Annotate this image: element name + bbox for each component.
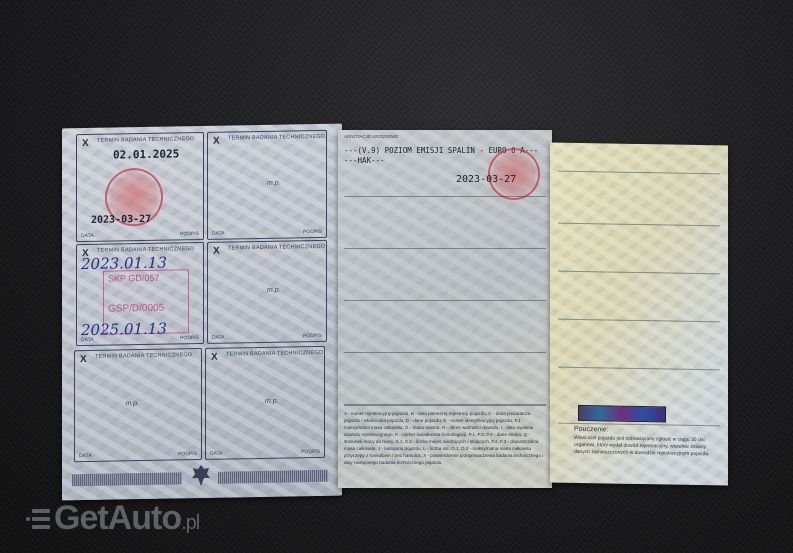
watermark-brand: GetAuto	[54, 499, 181, 537]
right-page: Pouczenie: Właściciel pojazdu jest zobow…	[550, 142, 728, 485]
data-label: DATA	[212, 231, 225, 237]
inspection-box-1: X TERMIN BADANIA TECHNICZNEGO 02.01.2025…	[76, 132, 204, 242]
x-mark: X	[82, 138, 89, 149]
annotation-stamp-date: 2023-03-27	[456, 174, 516, 185]
hologram-security-strip	[578, 405, 666, 423]
annotations-header: ADNOTACJE URZĘDOWE	[344, 134, 398, 139]
watermark-suffix: .pl	[181, 512, 199, 534]
notice-title: Pouczenie:	[574, 426, 609, 434]
box-title: TERMIN BADANIA TECHNICZNEGO	[95, 352, 192, 360]
inspection-box-6: X TERMIN BADANIA TECHNICZNEGO m.p. DATA …	[205, 346, 325, 460]
inspection-box-4: X TERMIN BADANIA TECHNICZNEGO m.p. DATA …	[207, 240, 327, 344]
left-page: X TERMIN BADANIA TECHNICZNEGO 02.01.2025…	[62, 124, 342, 501]
notice-text: Właściciel pojazdu jest zobowiązany zgło…	[574, 435, 722, 459]
podpis-label: PODPIS	[303, 333, 322, 339]
next-inspection-date: 02.01.2025	[113, 147, 179, 161]
data-label: DATA	[79, 453, 92, 459]
podpis-label: PODPIS	[180, 335, 199, 341]
station-code: SKP GD/057	[108, 273, 159, 284]
inspection-box-2: X TERMIN BADANIA TECHNICZNEGO m.p. DATA …	[207, 130, 327, 240]
data-label: DATA	[81, 337, 94, 343]
diagnostician-code: GSP/D/0005	[108, 303, 164, 315]
stamp-date: 2023-03-27	[91, 214, 151, 226]
field-legend: A - numer rejestracyjny pojazdu, B - dat…	[344, 410, 544, 466]
registration-document: X TERMIN BADANIA TECHNICZNEGO 02.01.2025…	[62, 122, 730, 500]
mp-label: m.p.	[267, 179, 281, 186]
podpis-label: PODPIS	[178, 451, 197, 457]
mp-label: m.p.	[125, 400, 139, 407]
data-label: DATA	[210, 451, 223, 457]
box-title: TERMIN BADANIA TECHNICZNEGO	[228, 134, 325, 142]
security-banner-left	[72, 472, 182, 486]
getauto-logo-icon	[26, 507, 50, 531]
tow-hook-annotation: ---HAK---	[344, 156, 385, 165]
polish-eagle-emblem-icon	[190, 462, 212, 488]
podpis-label: PODPIS	[301, 449, 320, 455]
inspection-box-5: X TERMIN BADANIA TECHNICZNEGO m.p. DATA …	[74, 348, 202, 462]
mp-label: m.p.	[267, 287, 281, 294]
inspection-box-3: X TERMIN BADANIA TECHNICZNEGO 2023.01.13…	[76, 242, 204, 346]
data-label: DATA	[212, 335, 225, 341]
box-title: TERMIN BADANIA TECHNICZNEGO	[97, 246, 194, 254]
watermark-text: GetAuto.pl	[54, 499, 199, 538]
box-title: TERMIN BADANIA TECHNICZNEGO	[228, 244, 325, 252]
box-title: TERMIN BADANIA TECHNICZNEGO	[97, 136, 194, 144]
x-mark: X	[213, 136, 220, 147]
mp-label: m.p.	[265, 397, 279, 404]
podpis-label: PODPIS	[180, 231, 199, 237]
box-title: TERMIN BADANIA TECHNICZNEGO	[226, 350, 323, 358]
middle-page: ADNOTACJE URZĘDOWE ---(V.9) POZIOM EMISJ…	[338, 130, 552, 488]
security-banner-right	[218, 470, 328, 484]
podpis-label: PODPIS	[303, 229, 322, 235]
x-mark: X	[213, 246, 220, 257]
x-mark: X	[211, 352, 218, 363]
getauto-watermark: GetAuto.pl	[26, 499, 199, 538]
data-label: DATA	[81, 233, 94, 239]
x-mark: X	[80, 354, 87, 365]
